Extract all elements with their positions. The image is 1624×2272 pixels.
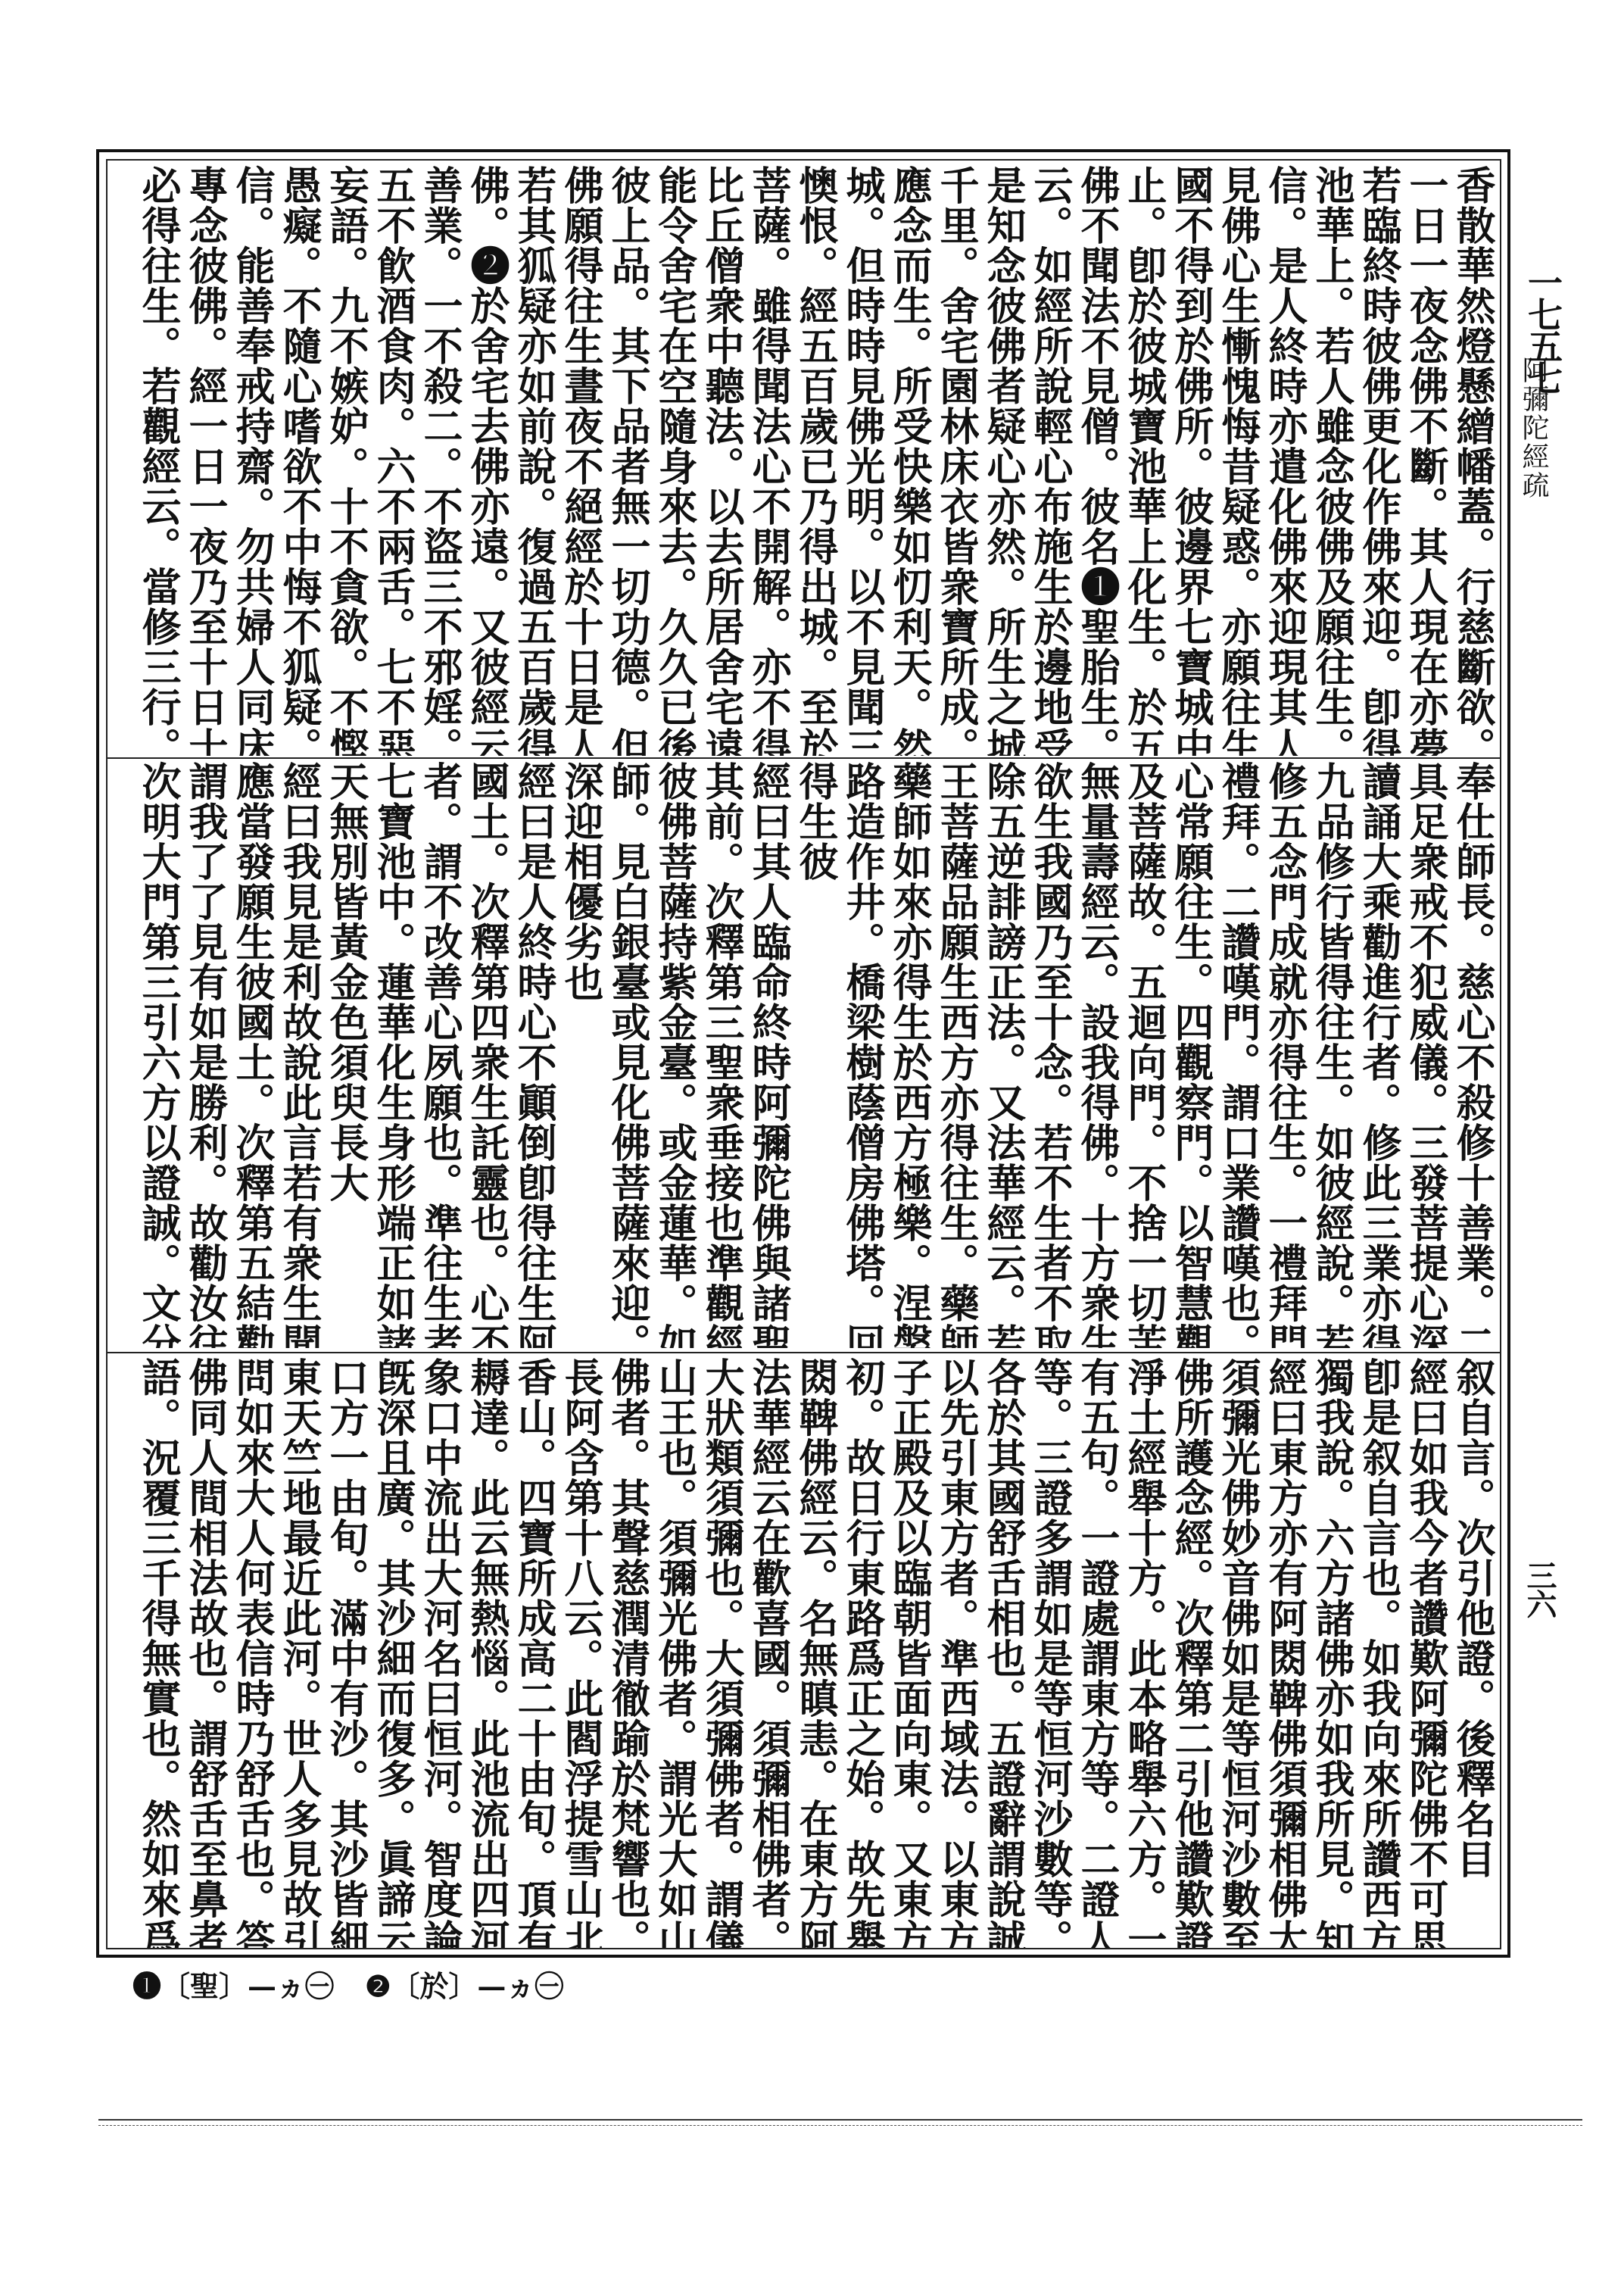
text-column: 國不得到於佛所。彼邊界七寶城中歡喜便 bbox=[1167, 165, 1214, 756]
text-column: 彼佛菩薩持紫金臺。或金蓮華。如梁朝珍禪 bbox=[650, 761, 697, 1348]
text-column: 比丘僧衆中聽法。以去所居舍宅遠故。又不 bbox=[697, 165, 744, 756]
text-column: 讀誦大乘勸進行者。修此三業亦得往生。又 bbox=[1354, 761, 1401, 1348]
text-column: 謂我了了見有如是勝利。故勸汝往生也 bbox=[181, 761, 228, 1348]
text-columns: 香散華然燈懸繒幡蓋。行慈斷欲。願生彼國。一日一夜念佛不斷。其人現在亦夢見彼佛。若… bbox=[114, 165, 1495, 756]
text-column: 佛不聞法不見僧。彼名❶聖胎生。故成實論 bbox=[1073, 165, 1120, 756]
text-column: 菩薩。雖得聞法心不開解。亦不得在彼菩薩 bbox=[744, 165, 791, 756]
text-column: 愚癡。不隨心嗜欲不中悔不狐疑。常孝順忠 bbox=[275, 165, 322, 756]
text-column: 能令舍宅在空隨身來去。久久已後亦得如 bbox=[650, 165, 697, 756]
footnote: ❷〔於〕—ヵ㊀ bbox=[365, 1969, 563, 2003]
text-column: 欲生我國乃至十念。若不生者不取正覺。唯 bbox=[1026, 761, 1073, 1348]
text-column: 千里。舍宅園林床衣皆衆寶所成。百味飲食 bbox=[932, 165, 979, 756]
text-column: 初。故日行東路爲正之始。故先舉東方也。阿 bbox=[838, 1357, 885, 1948]
text-column: 經曰我見是利故說此言若有衆生聞是說者 bbox=[275, 761, 322, 1348]
footnotes: ❶〔聖〕—ヵ㊀ ❷〔於〕—ヵ㊀ bbox=[132, 1963, 584, 2005]
text-column: 獨我說。六方諸佛亦如我所見。知說不虛也」 bbox=[1308, 1357, 1354, 1948]
text-column: 必得往生。若觀經云。當修三行。一孝養父母 bbox=[134, 165, 181, 756]
text-column: 耨達。此云無熱惱。此池流出四河。東方金 bbox=[463, 1357, 510, 1948]
text-column: 經曰如我今者讚歎阿彌陀佛不可思議功德。 bbox=[1401, 1357, 1448, 1948]
text-column: 閦鞞佛經云。名無瞋恚。在東方阿比羅提國。 bbox=[791, 1357, 838, 1948]
text-column: 問如來大人何表信時乃舒舌也。答大論云。 bbox=[228, 1357, 275, 1948]
text-column: 云。如經所說輕心布施生於邊地受少果報。 bbox=[1026, 165, 1073, 756]
text-column: 具足衆戒不犯威儀。三發菩提心深信因果。 bbox=[1401, 761, 1448, 1348]
text-column: 有五句。一證處謂東方等。二證人謂阿閦鞞 bbox=[1073, 1357, 1120, 1948]
text-column: 若臨終時彼佛更化作佛來迎。卽得往生寶 bbox=[1354, 165, 1401, 756]
text-column: 信。能善奉戒持齋。勿共婦人同床。斷愛欲心 bbox=[228, 165, 275, 756]
text-column: 子正殿及以臨朝皆面向東。又東方卽陽之 bbox=[885, 1357, 932, 1948]
text-column: 藥師如來亦得生於西方極樂。涅槃經云。曠 bbox=[885, 761, 932, 1348]
text-column: 善業。一不殺二。不盜三不邪婬。四不調欺。 bbox=[416, 165, 463, 756]
text-column: 若其狐疑亦如前說。復過五百歲得出城見 bbox=[510, 165, 556, 756]
text-column: 佛。❷於舍宅去佛亦遠。又彼經云。當作十種 bbox=[463, 165, 510, 756]
page-bottom-rule bbox=[98, 2119, 1582, 2121]
text-column: 及菩薩故。五迴向門。不捨一切苦惱衆生故。 bbox=[1120, 761, 1167, 1348]
text-column: 除五逆誹謗正法。又法華經云。若人得聞藥 bbox=[979, 761, 1026, 1348]
text-column: 見佛心生慚愧悔昔疑惑。亦願往生。雖至彼 bbox=[1214, 165, 1261, 756]
page-bottom-rule bbox=[98, 2125, 1582, 2126]
text-column: 妄語。九不嫉妒。十不貪欲。不慳惜不瞋怒不 bbox=[322, 165, 369, 756]
book-title: 阿彌陀經疏 bbox=[1518, 356, 1548, 500]
text-column: 各於其國舒舌相也。五證辭謂說誠實言。所 bbox=[979, 1357, 1026, 1948]
text-column: 語。況覆三千得無實也。然如來爲證小事但 bbox=[134, 1357, 181, 1948]
text-column: 深迎相優劣也 bbox=[556, 761, 603, 1348]
footnote: ❶〔聖〕—ヵ㊀ bbox=[132, 1969, 334, 2003]
text-column: 山王也。須彌光佛者。謂光大如山王也。妙音 bbox=[650, 1357, 697, 1948]
text-column: 經曰東方亦有阿閦鞞佛須彌相佛大須彌佛 bbox=[1261, 1357, 1308, 1948]
text-column: 五不飮酒食肉。六不兩舌。七不惡口。八不 bbox=[369, 165, 416, 756]
text-column: 天無別皆黃金色須臾長大 bbox=[322, 761, 369, 1348]
text-column: 香散華然燈懸繒幡蓋。行慈斷欲。願生彼國。 bbox=[1448, 165, 1495, 756]
text-column: 九品修行皆得往生。如彼經說。若無量壽論 bbox=[1308, 761, 1354, 1348]
text-column: 須彌光佛妙音佛如是等恒河沙數至一切諸 bbox=[1214, 1357, 1261, 1948]
text-column: 彼上品。其下品者無一切功德。但一心念彼 bbox=[603, 165, 650, 756]
text-column: 專念彼佛。經一日一夜乃至十日十夜不絕。 bbox=[181, 165, 228, 756]
text-column: 懊恨。經五百歲已乃得出城。至於佛所見佛 bbox=[791, 165, 838, 756]
text-column: 心常願往生。四觀察門。以智慧觀察彼國佛 bbox=[1167, 761, 1214, 1348]
text-column: 是知念彼佛者疑心亦然。所生之城縱橫二 bbox=[979, 165, 1026, 756]
text-column: 佛者。其聲慈潤清徹踰於梵響也。恒河沙者。 bbox=[603, 1357, 650, 1948]
text-column: 口方一由旬。滿中有沙。其沙皆細與水同流。 bbox=[322, 1357, 369, 1948]
text-columns: 叙自言。次引他證。後釋名目經曰如我今者讚歎阿彌陀佛不可思議功德。卽是叙自言也。如… bbox=[114, 1357, 1495, 1948]
text-column: 王菩薩品願生西方亦得往生。藥師經云。念 bbox=[932, 761, 979, 1348]
text-column: 長阿含第十八云。此閻浮提雪山北面頂有 bbox=[556, 1357, 603, 1948]
text-column: 止。卽於彼城寶池華上化生。於五百歲不見 bbox=[1120, 165, 1167, 756]
text-column: 以先引東方者。準西域法。以東方爲上。天 bbox=[932, 1357, 979, 1948]
register-bottom: 叙自言。次引他證。後釋名目經曰如我今者讚歎阿彌陀佛不可思議功德。卽是叙自言也。如… bbox=[114, 1357, 1495, 1948]
folio-number: 三六 bbox=[1518, 1560, 1561, 1618]
text-column: 佛同人間相法故也。謂舒舌至鼻者必不虛 bbox=[181, 1357, 228, 1948]
text-column: 得生彼 bbox=[791, 761, 838, 1348]
text-column: 者。謂不改善心夙願也。準往生者皆生於彼 bbox=[416, 761, 463, 1348]
text-column: 叙自言。次引他證。後釋名目 bbox=[1448, 1357, 1495, 1948]
text-column: 信。是人終時亦遣化佛來迎現其人前。彼人 bbox=[1261, 165, 1308, 756]
text-column: 等。三證多謂如是等恒河沙數等。四證相謂 bbox=[1026, 1357, 1073, 1948]
text-column: 師。見白銀臺或見化佛菩薩來迎。但隨行淺 bbox=[603, 761, 650, 1348]
text-column: 無量壽經云。設我得佛。十方衆生至心信樂 bbox=[1073, 761, 1120, 1348]
text-column: 東天竺地最近此河。世人多見故引之爲喩。 bbox=[275, 1357, 322, 1948]
text-column: 經曰是人終時心不顚倒卽得往生阿彌陀佛 bbox=[510, 761, 556, 1348]
text-column: 經曰其人臨命終時阿彌陀佛與諸聖衆現在 bbox=[744, 761, 791, 1348]
text-column: 奉仕師長。慈心不殺修十善業。二受持三歸 bbox=[1448, 761, 1495, 1348]
text-column: 應念而生。所受快樂如忉利天。然不得出彼 bbox=[885, 165, 932, 756]
text-column: 其前。次釋第三聖衆垂接也準觀經等。或見 bbox=[697, 761, 744, 1348]
text-column: 修五念門成就亦得往生。一禮拜門。謂身業 bbox=[1261, 761, 1308, 1348]
text-column: 次明大門第三引六方以證誠。文分爲三。初 bbox=[134, 761, 181, 1348]
text-column: 國土。次釋第四衆生託靈也。心不顚倒往生 bbox=[463, 761, 510, 1348]
text-column: 佛願得往生晝夜不絕經於十日是人亦生。 bbox=[556, 165, 603, 756]
text-column: 路造作井。橋梁樹蔭僧房佛塔。回願往生悉 bbox=[838, 761, 885, 1348]
text-column: 卽是叙自言也。如我向來所讚西方之事。非 bbox=[1354, 1357, 1401, 1948]
text-column: 應當發願生彼國土。次釋第五結勸敦勵也。 bbox=[228, 761, 275, 1348]
register-top: 香散華然燈懸繒幡蓋。行慈斷欲。願生彼國。一日一夜念佛不斷。其人現在亦夢見彼佛。若… bbox=[114, 165, 1495, 756]
text-column: 大狀類須彌也。大須彌佛者。謂儀容甚大如 bbox=[697, 1357, 744, 1948]
text-column: 七寶池中。蓮華化生身形端正如諸菩薩。人 bbox=[369, 761, 416, 1348]
text-column: 淨土經舉十方。此本略舉六方。一一方中皆 bbox=[1120, 1357, 1167, 1948]
text-column: 象口中流出大河名曰恒河。智度論云。其河 bbox=[416, 1357, 463, 1948]
text-column: 城。但時時見佛光明。以不見聞三寶故心生 bbox=[838, 165, 885, 756]
text-column: 佛所護念經。次釋第二引他讚歎證也。稱讚 bbox=[1167, 1357, 1214, 1948]
text-column: 香山。四寶所成高二十由旬。頂有龍池名阿 bbox=[510, 1357, 556, 1948]
text-column: 池華上。若人雖念彼佛及願往生。然狐疑不 bbox=[1308, 165, 1354, 756]
register-divider bbox=[108, 757, 1501, 759]
text-column: 法華經云在歡喜國。須彌相佛者。謂金容尊 bbox=[744, 1357, 791, 1948]
text-column: 一日一夜念佛不斷。其人現在亦夢見彼佛。 bbox=[1401, 165, 1448, 756]
text-columns: 奉仕師長。慈心不殺修十善業。二受持三歸具足衆戒不犯威儀。三發菩提心深信因果。讀誦… bbox=[114, 761, 1495, 1348]
text-column: 禮拜。二讚嘆門。謂口業讚嘆也。三發願門。 bbox=[1214, 761, 1261, 1348]
register-middle: 奉仕師長。慈心不殺修十善業。二受持三歸具足衆戒不犯威儀。三發菩提心深信因果。讀誦… bbox=[114, 761, 1495, 1348]
text-column: 旣深且廣。其沙細而復多。眞諦云。此河出池 bbox=[369, 1357, 416, 1948]
register-divider bbox=[108, 1352, 1501, 1353]
